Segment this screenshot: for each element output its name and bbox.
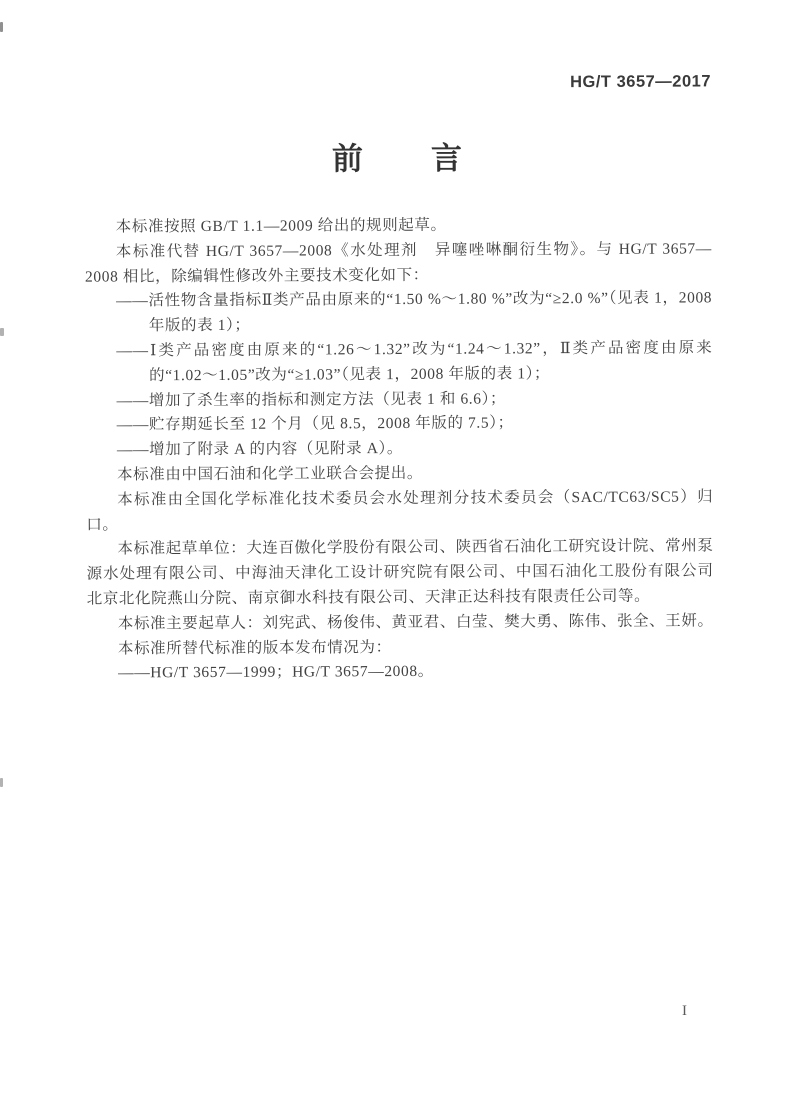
paragraph-main-drafters: 本标准主要起草人：刘宪武、杨俊伟、黄亚君、白莹、樊大勇、陈伟、张全、王妍。 bbox=[87, 609, 714, 637]
scan-artifact bbox=[0, 22, 3, 32]
paragraph-under-jurisdiction: 本标准由全国化学标准化技术委员会水处理剂分技术委员会（SAC/TC63/SC5）… bbox=[86, 485, 713, 538]
page-content: HG/T 3657—2017 前 言 本标准按照 GB/T 1.1—2009 给… bbox=[84, 0, 715, 687]
foreword-body: 本标准按照 GB/T 1.1—2009 给出的规则起草。 本标准代替 HG/T … bbox=[85, 212, 714, 686]
page-title: 前 言 bbox=[84, 131, 711, 179]
document-page: HG/T 3657—2017 前 言 本标准按照 GB/T 1.1—2009 给… bbox=[0, 0, 788, 1116]
scan-artifact bbox=[0, 778, 3, 787]
paragraph-rules-basis: 本标准按照 GB/T 1.1—2009 给出的规则起草。 bbox=[85, 212, 712, 240]
page-number: I bbox=[682, 1003, 687, 1020]
paragraph-proposed-by: 本标准由中国石油和化学工业联合会提出。 bbox=[86, 460, 713, 488]
change-item-kill-rate: ——增加了杀生率的指标和测定方法（见表 1 和 6.6）； bbox=[86, 386, 713, 414]
paragraph-replaces: 本标准代替 HG/T 3657—2008《水处理剂 异噻唑啉酮衍生物》。与 HG… bbox=[85, 237, 712, 290]
scan-artifact bbox=[0, 328, 4, 336]
change-item-active-content: ——活性物含量指标Ⅱ类产品由原来的“1.50 %～1.80 %”改为“≥2.0 … bbox=[85, 287, 712, 340]
change-item-density: ——Ⅰ类产品密度由原来的“1.26～1.32”改为“1.24～1.32”，Ⅱ类产… bbox=[85, 336, 712, 389]
paragraph-previous-editions-intro: 本标准所替代标准的版本发布情况为： bbox=[87, 634, 714, 662]
previous-editions-list: ——HG/T 3657—1999；HG/T 3657—2008。 bbox=[87, 659, 714, 687]
standard-number: HG/T 3657—2017 bbox=[84, 0, 711, 95]
change-item-storage-period: ——贮存期延长至 12 个月（见 8.5，2008 年版的 7.5）； bbox=[86, 411, 713, 439]
change-item-appendix-a: ——增加了附录 A 的内容（见附录 A）。 bbox=[86, 436, 713, 464]
paragraph-drafting-organizations: 本标准起草单位：大连百傲化学股份有限公司、陕西省石油化工研究设计院、常州泵源水处… bbox=[86, 535, 713, 613]
